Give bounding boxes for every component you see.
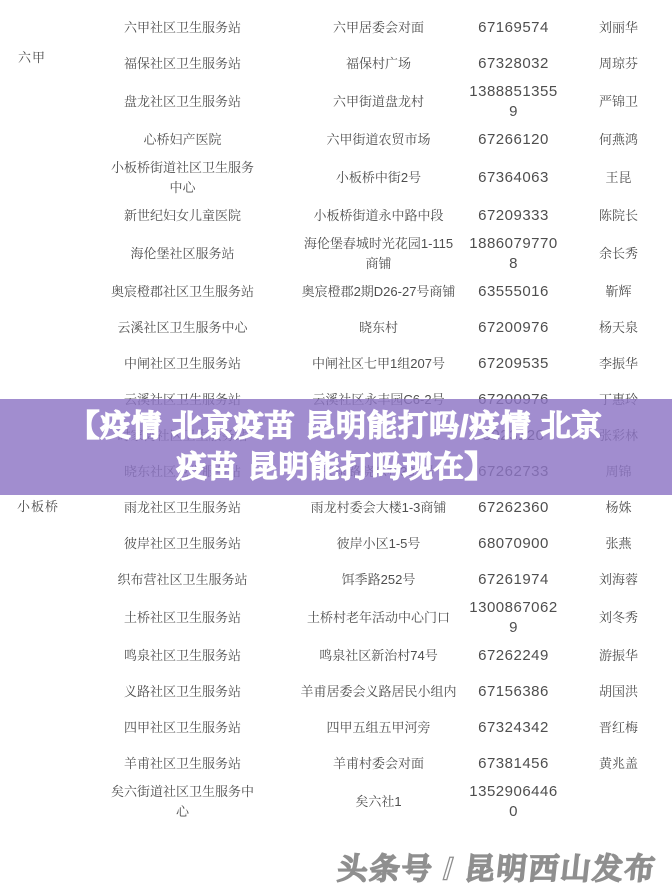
- station-name-cell: 海伦堡社区服务站: [70, 244, 295, 264]
- station-address-cell: 雨龙村委会大楼1-3商铺: [295, 498, 462, 518]
- station-phone-cell: 67262249: [462, 646, 565, 666]
- station-address-cell: 奥宸橙郡2期D26-27号商铺: [295, 282, 462, 302]
- station-phone-cell: 67324342: [462, 718, 565, 738]
- station-contact-cell: 杨姝: [565, 498, 672, 518]
- station-contact-cell: 周琼芬: [565, 54, 672, 74]
- table-row: 雨龙社区卫生服务站 雨龙村委会大楼1-3商铺 67262360 杨姝: [0, 490, 672, 526]
- station-address-cell: 鸣泉社区新治村74号: [295, 646, 462, 666]
- table-row: 矣六街道社区卫生服务中心 矣六社1 13529064460: [0, 782, 672, 822]
- station-name-cell: 新世纪妇女儿童医院: [70, 206, 295, 226]
- watermark-text: 头条号 / 昆明西山发布: [336, 844, 660, 888]
- station-phone-cell: 67200976: [462, 318, 565, 338]
- station-address-cell: 六甲居委会对面: [295, 18, 462, 38]
- headline-line-1: 【疫情 北京疫苗 昆明能打吗/疫情 北京: [0, 406, 672, 447]
- station-phone-cell: 67262360: [462, 498, 565, 518]
- station-contact-cell: 黄兆盖: [565, 754, 672, 774]
- station-name-cell: 奥宸橙郡社区卫生服务站: [70, 282, 295, 302]
- table-row: 义路社区卫生服务站 羊甫居委会义路居民小组内 67156386 胡国洪: [0, 674, 672, 710]
- station-name-cell: 心桥妇产医院: [70, 130, 295, 150]
- station-contact-cell: 胡国洪: [565, 682, 672, 702]
- station-name-cell: 羊甫社区卫生服务站: [70, 754, 295, 774]
- station-name-cell: 盘龙社区卫生服务站: [70, 92, 295, 112]
- station-name-cell: 云溪社区卫生服务中心: [70, 318, 295, 338]
- station-name-cell: 福保社区卫生服务站: [70, 54, 295, 74]
- station-address-cell: 彼岸小区1-5号: [295, 534, 462, 554]
- station-phone-cell: 67209333: [462, 206, 565, 226]
- station-contact-cell: 刘冬秀: [565, 608, 672, 628]
- station-address-cell: 福保村广场: [295, 54, 462, 74]
- station-address-cell: 矣六社1: [295, 792, 462, 812]
- station-phone-cell: 13888513559: [462, 82, 565, 122]
- station-name-cell: 四甲社区卫生服务站: [70, 718, 295, 738]
- station-phone-cell: 67169574: [462, 18, 565, 38]
- station-phone-cell: 67156386: [462, 682, 565, 702]
- station-contact-cell: 余长秀: [565, 244, 672, 264]
- headline-overlay: 【疫情 北京疫苗 昆明能打吗/疫情 北京 疫苗 昆明能打吗现在】: [0, 399, 672, 495]
- station-address-cell: 羊甫居委会义路居民小组内: [295, 682, 462, 702]
- table-row: 心桥妇产医院 六甲街道农贸市场 67266120 何燕鸿: [0, 122, 672, 158]
- table-row: 六甲社区卫生服务站 六甲居委会对面 67169574 刘丽华: [0, 10, 672, 46]
- station-name-cell: 土桥社区卫生服务站: [70, 608, 295, 628]
- station-contact-cell: 杨天泉: [565, 318, 672, 338]
- region-label-liujia: 六甲: [18, 47, 46, 66]
- region-label-xiaobanqiao: 小板桥: [17, 496, 59, 515]
- station-name-cell: 中闸社区卫生服务站: [70, 354, 295, 374]
- station-address-cell: 饵季路252号: [295, 570, 462, 590]
- table-row: 新世纪妇女儿童医院 小板桥街道永中路中段 67209333 陈院长: [0, 198, 672, 234]
- table-row: 小板桥街道社区卫生服务中心 小板桥中街2号 67364063 王昆: [0, 158, 672, 198]
- station-contact-cell: 靳辉: [565, 282, 672, 302]
- station-name-cell: 织布营社区卫生服务站: [70, 570, 295, 590]
- station-phone-cell: 67364063: [462, 168, 565, 188]
- table-row: 福保社区卫生服务站 福保村广场 67328032 周琼芬: [0, 46, 672, 82]
- station-address-cell: 羊甫村委会对面: [295, 754, 462, 774]
- table-row: 土桥社区卫生服务站 土桥村老年活动中心门口 13008670629 刘冬秀: [0, 598, 672, 638]
- station-phone-cell: 13529064460: [462, 782, 565, 822]
- station-address-cell: 晓东村: [295, 318, 462, 338]
- station-address-cell: 小板桥街道永中路中段: [295, 206, 462, 226]
- station-name-cell: 小板桥街道社区卫生服务中心: [70, 158, 295, 198]
- table-row: 云溪社区卫生服务中心 晓东村 67200976 杨天泉: [0, 310, 672, 346]
- station-address-cell: 四甲五组五甲河旁: [295, 718, 462, 738]
- station-phone-cell: 63555016: [462, 282, 565, 302]
- station-contact-cell: 晋红梅: [565, 718, 672, 738]
- station-name-cell: 义路社区卫生服务站: [70, 682, 295, 702]
- headline-text: 【疫情 北京疫苗 昆明能打吗/疫情 北京 疫苗 昆明能打吗现在】: [0, 399, 672, 488]
- station-contact-cell: 何燕鸿: [565, 130, 672, 150]
- station-phone-cell: 68070900: [462, 534, 565, 554]
- table-row: 鸣泉社区卫生服务站 鸣泉社区新治村74号 67262249 游振华: [0, 638, 672, 674]
- table-row: 羊甫社区卫生服务站 羊甫村委会对面 67381456 黄兆盖: [0, 746, 672, 782]
- station-contact-cell: 王昆: [565, 168, 672, 188]
- table-row: 奥宸橙郡社区卫生服务站 奥宸橙郡2期D26-27号商铺 63555016 靳辉: [0, 274, 672, 310]
- station-phone-cell: 67381456: [462, 754, 565, 774]
- station-name-cell: 雨龙社区卫生服务站: [70, 498, 295, 518]
- table-row: 四甲社区卫生服务站 四甲五组五甲河旁 67324342 晋红梅: [0, 710, 672, 746]
- station-phone-cell: 18860797708: [462, 234, 565, 274]
- station-contact-cell: 张燕: [565, 534, 672, 554]
- station-contact-cell: 陈院长: [565, 206, 672, 226]
- table-row: 海伦堡社区服务站 海伦堡春城时光花园1-115商铺 18860797708 余长…: [0, 234, 672, 274]
- table-row: 织布营社区卫生服务站 饵季路252号 67261974 刘海蓉: [0, 562, 672, 598]
- station-contact-cell: 刘丽华: [565, 18, 672, 38]
- station-address-cell: 六甲街道盘龙村: [295, 92, 462, 112]
- station-address-cell: 小板桥中街2号: [295, 168, 462, 188]
- station-contact-cell: 李振华: [565, 354, 672, 374]
- station-phone-cell: 13008670629: [462, 598, 565, 638]
- station-phone-cell: 67328032: [462, 54, 565, 74]
- page: 六甲社区卫生服务站 六甲居委会对面 67169574 刘丽华 福保社区卫生服务站…: [0, 0, 672, 890]
- station-contact-cell: 游振华: [565, 646, 672, 666]
- station-address-cell: 土桥村老年活动中心门口: [295, 608, 462, 628]
- station-address-cell: 海伦堡春城时光花园1-115商铺: [295, 234, 462, 274]
- table-row: 盘龙社区卫生服务站 六甲街道盘龙村 13888513559 严锦卫: [0, 82, 672, 122]
- station-phone-cell: 67209535: [462, 354, 565, 374]
- station-contact-cell: 刘海蓉: [565, 570, 672, 590]
- table-row: 中闸社区卫生服务站 中闸社区七甲1组207号 67209535 李振华: [0, 346, 672, 382]
- station-phone-cell: 67261974: [462, 570, 565, 590]
- station-name-cell: 彼岸社区卫生服务站: [70, 534, 295, 554]
- station-contact-cell: 严锦卫: [565, 92, 672, 112]
- table-row: 彼岸社区卫生服务站 彼岸小区1-5号 68070900 张燕: [0, 526, 672, 562]
- station-address-cell: 中闸社区七甲1组207号: [295, 354, 462, 374]
- station-address-cell: 六甲街道农贸市场: [295, 130, 462, 150]
- station-phone-cell: 67266120: [462, 130, 565, 150]
- station-name-cell: 矣六街道社区卫生服务中心: [70, 782, 295, 822]
- station-name-cell: 鸣泉社区卫生服务站: [70, 646, 295, 666]
- headline-line-2: 疫苗 昆明能打吗现在】: [0, 447, 672, 488]
- station-name-cell: 六甲社区卫生服务站: [70, 18, 295, 38]
